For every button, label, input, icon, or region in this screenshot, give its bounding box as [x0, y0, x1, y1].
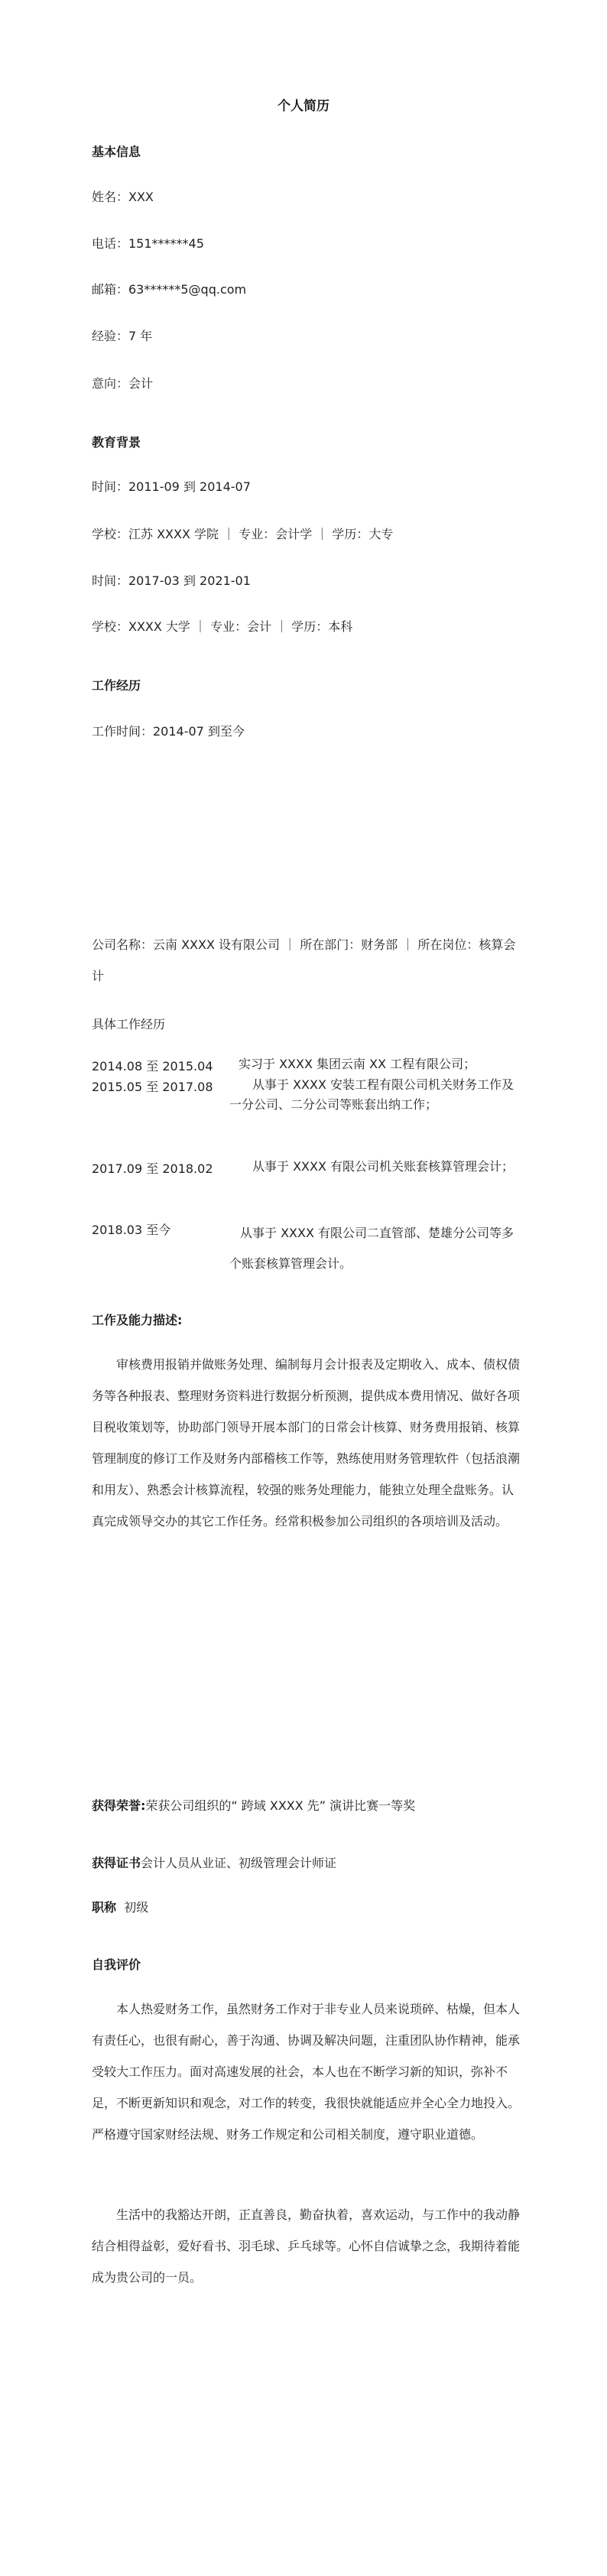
title-rank-value: 初级 [124, 1900, 148, 1915]
section-heading-self-eval: 自我评价 [92, 1955, 141, 1973]
education-school-1: 学校：江苏 XXXX 学院 ｜ 专业：会计学 ｜ 学历：大专 [92, 525, 393, 542]
job-period-1: 2014.08 至 2015.04 [92, 1057, 213, 1074]
job-desc-4: 从事于 XXXX 有限公司二直管部、楚雄分公司等多个账套核算管理会计。 [229, 1218, 521, 1279]
self-eval-paragraph-2: 生活中的我豁达开朗，正直善良，勤奋执着，喜欢运动，与工作中的我动静结合相得益彰，… [92, 2199, 520, 2293]
work-time: 工作时间：2014-07 到至今 [92, 722, 245, 739]
job-period-3: 2017.09 至 2018.02 [92, 1159, 213, 1177]
education-school-2: 学校：XXXX 大学 ｜ 专业：会计 ｜ 学历：本科 [92, 617, 352, 635]
education-time-1: 时间：2011-09 到 2014-07 [92, 477, 251, 495]
job-period-4: 2018.03 至今 [92, 1220, 170, 1238]
job-desc-2: 从事于 XXXX 安装工程有限公司机关财务工作及一分公司、二分公司等账套出纳工作… [229, 1075, 521, 1115]
company-info: 公司名称：云南 XXXX 设有限公司 ｜ 所在部门：财务部 ｜ 所在岗位：核算会… [92, 929, 520, 992]
name-field: 姓名：XXX [92, 187, 154, 205]
job-desc-1: 实习于 XXXX 集团云南 XX 工程有限公司； [239, 1054, 529, 1074]
title-rank-label: 职称 [92, 1900, 116, 1915]
job-period-2: 2015.05 至 2017.08 [92, 1077, 213, 1095]
experience-field: 经验：7 年 [92, 326, 152, 344]
education-time-2: 时间：2017-03 到 2021-01 [92, 571, 251, 589]
phone-field: 电话：151******45 [92, 234, 204, 252]
intention-field: 意向：会计 [92, 374, 153, 391]
email-field: 邮箱：63******5@qq.com [92, 280, 246, 297]
honors-label: 获得荣誉: [92, 1798, 145, 1813]
section-heading-ability: 工作及能力描述: [92, 1311, 182, 1328]
self-eval-paragraph-1: 本人热爱财务工作，虽然财务工作对于非专业人员来说琐碎、枯燥，但本人有责任心，也很… [92, 1993, 520, 2150]
certificates-label: 获得证书 [92, 1856, 141, 1870]
section-heading-basic-info: 基本信息 [92, 142, 141, 160]
section-heading-work: 工作经历 [92, 676, 141, 694]
job-desc-3: 从事于 XXXX 有限公司机关账套核算管理会计； [229, 1157, 521, 1177]
honors-value: 荣获公司组织的“ 跨域 XXXX 先” 演讲比赛一等奖 [145, 1798, 415, 1813]
title-rank-row: 职称 初级 [92, 1898, 148, 1915]
honors-row: 获得荣誉:荣获公司组织的“ 跨域 XXXX 先” 演讲比赛一等奖 [92, 1796, 415, 1814]
certificates-row: 获得证书会计人员从业证、初级管理会计师证 [92, 1853, 336, 1871]
work-detail-heading: 具体工作经历 [92, 1015, 165, 1032]
certificates-value: 会计人员从业证、初级管理会计师证 [141, 1856, 336, 1870]
section-heading-education: 教育背景 [92, 433, 141, 450]
ability-description: 审核费用报销并做账务处理、编制每月会计报表及定期收入、成本、债权债务等各种报表、… [92, 1349, 520, 1537]
page-title: 个人简历 [0, 95, 607, 114]
